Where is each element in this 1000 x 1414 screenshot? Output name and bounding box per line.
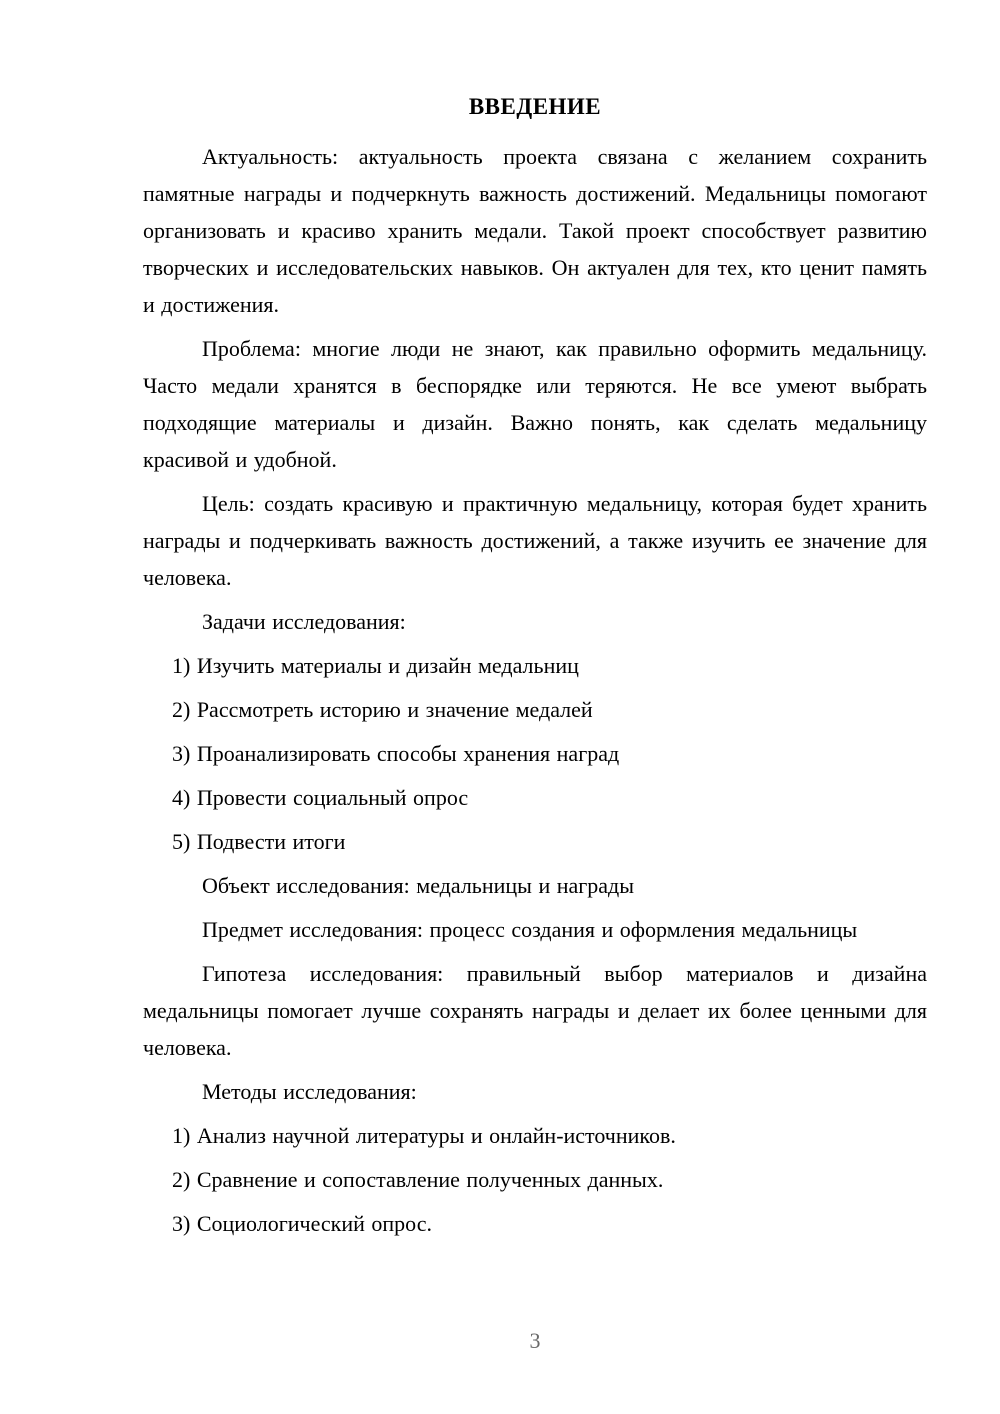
heading-tasks: Задачи исследования: [143,603,927,640]
task-item-2: 2) Рассмотреть историю и значение медале… [172,691,927,728]
paragraph-hypothesis: Гипотеза исследования: правильный выбор … [143,955,927,1066]
method-item-3: 3) Социологический опрос. [172,1205,927,1242]
paragraph-object: Объект исследования: медальницы и наград… [143,867,927,904]
document-page: ВВЕДЕНИЕ Актуальность: актуальность прое… [0,0,1000,1414]
page-title: ВВЕДЕНИЕ [143,92,927,122]
task-item-4: 4) Провести социальный опрос [172,779,927,816]
page-number: 3 [143,1326,927,1356]
task-item-1: 1) Изучить материалы и дизайн медальниц [172,647,927,684]
method-item-1: 1) Анализ научной литературы и онлайн-ис… [172,1117,927,1154]
paragraph-problem: Проблема: многие люди не знают, как прав… [143,330,927,478]
paragraph-subject: Предмет исследования: процесс создания и… [143,911,927,948]
paragraph-goal: Цель: создать красивую и практичную меда… [143,485,927,596]
page-content: ВВЕДЕНИЕ Актуальность: актуальность прое… [143,92,927,1249]
task-item-5: 5) Подвести итоги [172,823,927,860]
heading-methods: Методы исследования: [143,1073,927,1110]
task-item-3: 3) Проанализировать способы хранения наг… [172,735,927,772]
paragraph-relevance: Актуальность: актуальность проекта связа… [143,138,927,323]
method-item-2: 2) Сравнение и сопоставление полученных … [172,1161,927,1198]
